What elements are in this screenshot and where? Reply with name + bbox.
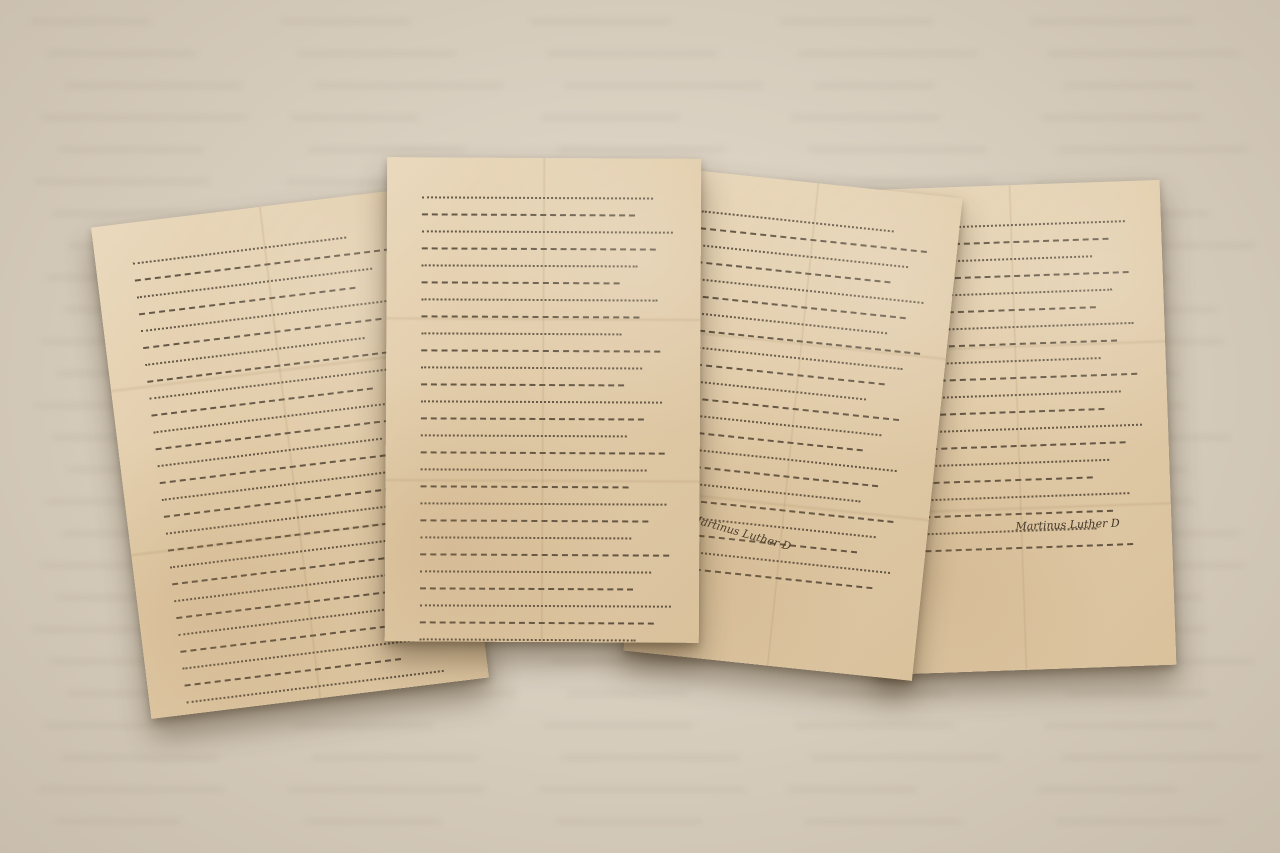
handwriting-line xyxy=(143,317,381,350)
handwriting-line xyxy=(152,387,374,418)
handwriting-line xyxy=(420,587,634,592)
handwriting-line xyxy=(183,638,419,671)
handwriting-line xyxy=(419,621,653,626)
background-script-line xyxy=(288,788,485,791)
handwriting-line xyxy=(420,502,667,507)
background-script-line xyxy=(1055,820,1224,823)
background-script-line xyxy=(1044,724,1216,727)
handwriting-line xyxy=(421,332,622,337)
handwriting-line xyxy=(421,298,658,303)
handwriting-line xyxy=(148,349,408,385)
background-script-line xyxy=(1058,148,1248,151)
background-script-line xyxy=(305,820,441,823)
handwriting-line xyxy=(162,468,409,502)
handwriting-line xyxy=(420,468,646,473)
handwriting-line xyxy=(133,236,347,266)
background-script-line xyxy=(291,116,419,119)
handwriting-line xyxy=(154,399,417,435)
handwriting-line xyxy=(421,247,655,252)
background-script-line xyxy=(1064,84,1196,87)
background-script-line xyxy=(55,820,180,823)
background-script-line xyxy=(811,756,1001,759)
handwriting-line xyxy=(135,248,390,283)
background-script-line xyxy=(794,724,955,727)
handwriting-line xyxy=(421,315,640,320)
background-script-line xyxy=(314,84,503,87)
handwriting-line xyxy=(905,543,1133,555)
background-script-line xyxy=(35,180,210,183)
handwriting-line xyxy=(420,485,629,490)
background-script-line xyxy=(1038,788,1178,791)
handwriting-line xyxy=(421,213,635,218)
background-script-line xyxy=(1047,52,1240,55)
handwritten-text xyxy=(419,196,676,643)
handwriting-line xyxy=(420,519,649,524)
handwriting-line xyxy=(141,298,398,334)
background-script-line xyxy=(1061,756,1262,759)
background-script-line xyxy=(311,756,479,759)
background-script-line xyxy=(564,84,764,87)
handwriting-line xyxy=(158,437,383,468)
handwriting-line xyxy=(419,604,671,609)
handwriting-line xyxy=(421,400,663,405)
background-script-line xyxy=(817,692,949,695)
signature: Martinus Luther D xyxy=(1015,516,1120,533)
handwriting-line xyxy=(420,570,651,575)
background-script-line xyxy=(58,148,204,151)
background-script-line xyxy=(788,788,917,791)
handwriting-line xyxy=(421,383,625,388)
handwriting-line xyxy=(170,538,400,570)
background-script-line xyxy=(558,148,726,151)
background-script-line xyxy=(41,116,248,119)
manuscript-page-2 xyxy=(385,157,702,643)
handwriting-line xyxy=(150,368,391,402)
handwriting-line xyxy=(420,434,626,439)
background-script-line xyxy=(797,52,979,55)
handwriting-line xyxy=(420,451,664,456)
background-script-line xyxy=(1041,116,1202,119)
background-script-line xyxy=(561,756,740,759)
handwriting-line xyxy=(903,492,1129,504)
handwritten-text xyxy=(673,210,936,509)
background-script-line xyxy=(555,820,702,823)
background-script-line xyxy=(1067,692,1210,695)
background-script-line xyxy=(1030,20,1194,23)
background-script-line xyxy=(64,84,242,87)
handwriting-line xyxy=(137,267,373,300)
handwriting-line xyxy=(421,264,637,269)
handwriting-line xyxy=(168,519,417,554)
background-script-line xyxy=(791,116,941,119)
handwriting-line xyxy=(164,488,391,520)
background-script-line xyxy=(541,116,680,119)
background-script-line xyxy=(297,52,457,55)
background-script-line xyxy=(547,52,718,55)
background-script-line xyxy=(61,756,218,759)
handwriting-line xyxy=(422,196,653,201)
background-script-line xyxy=(44,724,172,727)
background-script-line xyxy=(538,788,746,791)
handwriting-line xyxy=(421,230,673,235)
background-script-line xyxy=(805,820,963,823)
handwriting-line xyxy=(177,588,410,620)
background-script-line xyxy=(47,52,196,55)
background-script-line xyxy=(808,148,987,151)
handwriting-line xyxy=(420,553,669,558)
handwriting-line xyxy=(420,536,631,541)
background-script-line xyxy=(30,20,150,23)
background-script-line xyxy=(780,20,933,23)
background-script-line xyxy=(294,724,433,727)
background-script-line xyxy=(280,20,411,23)
handwriting-line xyxy=(156,418,400,452)
background-script-line xyxy=(308,148,465,151)
background-script-line xyxy=(38,788,224,791)
background-script-line xyxy=(550,660,732,663)
handwriting-line xyxy=(421,366,642,371)
signature: Martinus Luther D xyxy=(689,512,793,553)
handwriting-line xyxy=(421,281,619,286)
background-script-line xyxy=(814,84,935,87)
background-script-line xyxy=(567,692,688,695)
handwriting-line xyxy=(420,417,644,422)
background-script-line xyxy=(530,20,672,23)
background-script-line xyxy=(544,724,694,727)
handwriting-line xyxy=(421,349,660,354)
